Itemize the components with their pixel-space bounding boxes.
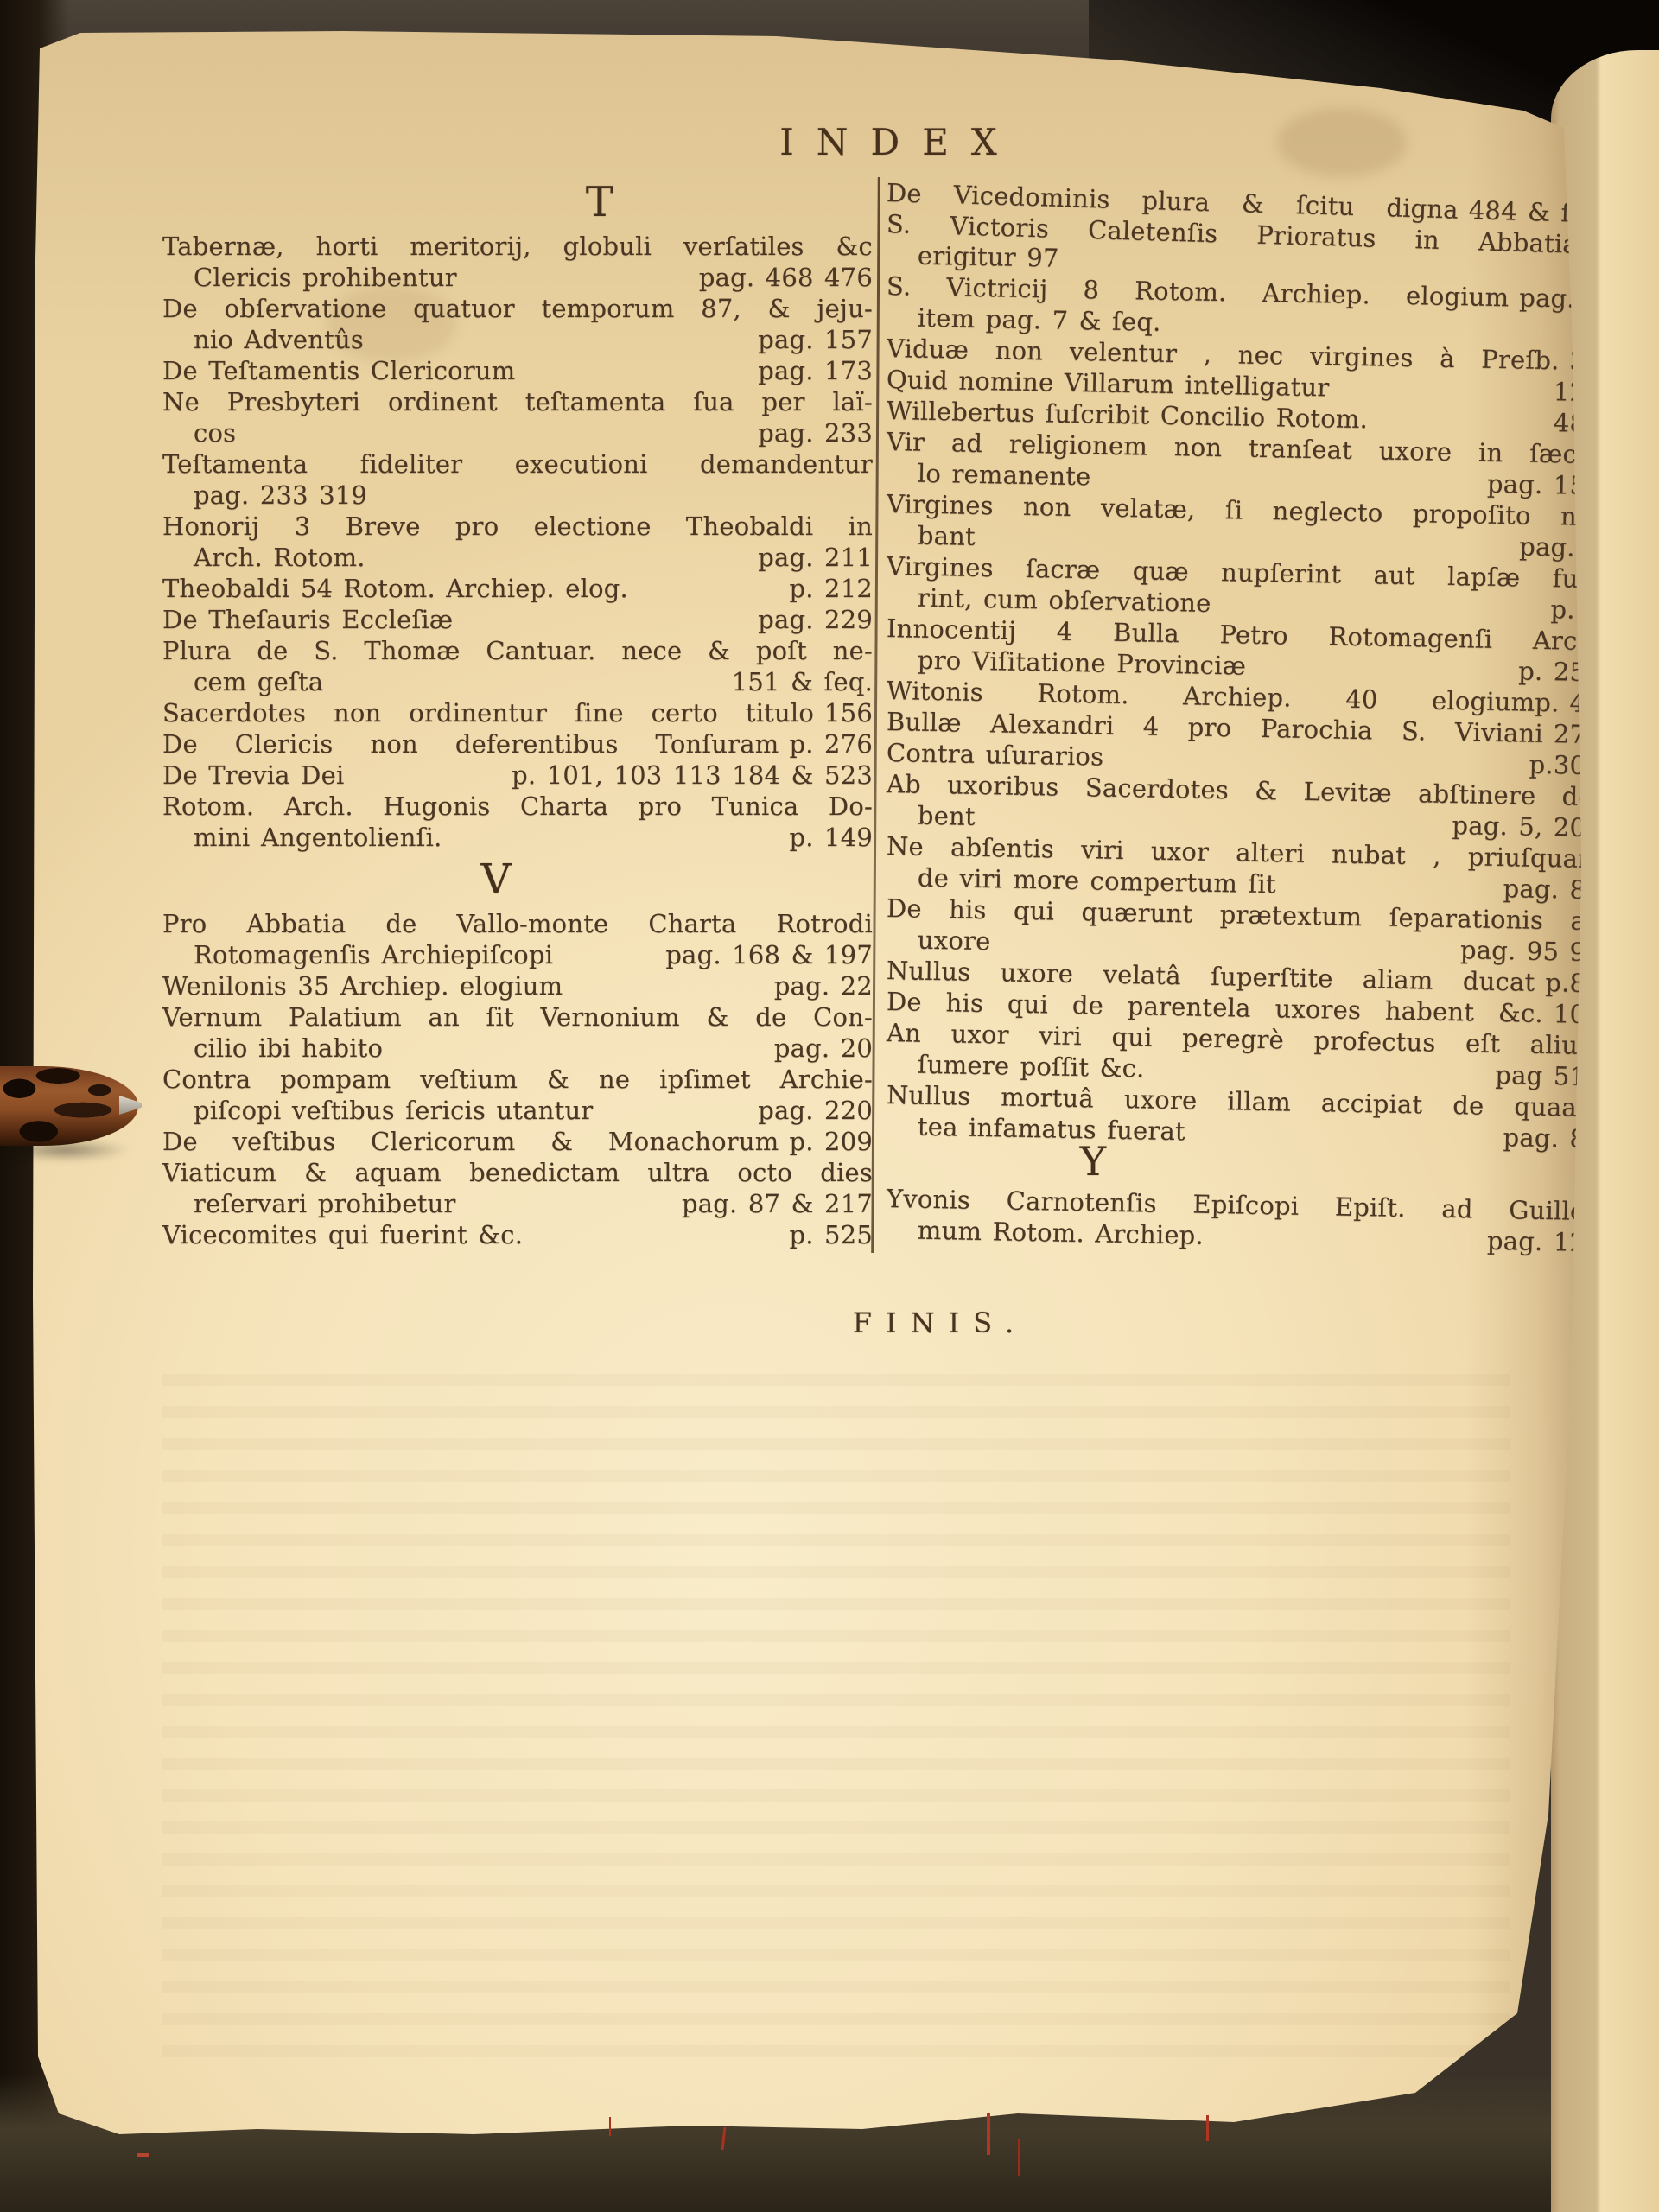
red-edge-fleck — [1018, 2139, 1020, 2176]
index-entry-line: mini Angentolienſi.p. 149 — [162, 822, 873, 853]
index-entry-line: De Clericis non deferentibus Tonſuramp. … — [162, 728, 873, 760]
index-entry-line: Rotom. Arch. Hugonis Charta pro Tunica D… — [162, 791, 873, 822]
paper-stain — [1277, 108, 1407, 177]
index-column-left: TTabernæ, horti meritorij, globuli verſa… — [162, 175, 873, 1250]
red-edge-fleck — [609, 2117, 611, 2136]
index-entry-line: Teſtamenta fideliter executioni demanden… — [162, 448, 873, 480]
section-header-V: V — [162, 853, 873, 908]
section-header-T: T — [162, 175, 873, 231]
red-edge-fleck — [1206, 2115, 1209, 2141]
index-entry-line: De veſtibus Clericorum & Monachorump. 20… — [162, 1126, 873, 1157]
index-entry-line: Contra pompam veſtium & ne ipſimet Archi… — [162, 1064, 873, 1095]
index-entry-line: Honorij 3 Breve pro electione Theobaldi … — [162, 511, 873, 542]
index-entry-line: Plura de S. Thomæ Cantuar. nece & poſt n… — [162, 635, 873, 666]
page-title: INDEX — [690, 121, 1087, 163]
index-entry-line: Sacerdotes non ordinentur ſine certo tit… — [162, 697, 873, 728]
index-column-right: De Vicedominis plura & ſcitu digna484 & … — [887, 177, 1602, 1245]
index-entry-line: reſervari prohibeturpag. 87 & 217 — [162, 1188, 873, 1219]
red-edge-fleck — [987, 2113, 990, 2155]
index-entry-line: cilio ibi habitopag. 20 — [162, 1033, 873, 1064]
index-entry-line: pag. 233 319 — [162, 480, 873, 511]
index-entry-line: Viaticum & aquam benedictam ultra octo d… — [162, 1157, 873, 1188]
index-entry-line: cem geſta151 & ſeq. — [162, 666, 873, 697]
index-entry-line: Theobaldi 54 Rotom. Archiep. elog.p. 212 — [162, 573, 873, 604]
ink-bleed-through — [162, 1374, 1510, 2065]
index-entry-line: cospag. 233 — [162, 417, 873, 448]
index-entry-line: piſcopi veſtibus ſericis utanturpag. 220 — [162, 1095, 873, 1126]
index-entry-line: De obſervatione quatuor temporum 87, & j… — [162, 293, 873, 324]
index-entry-line: Vernum Palatium an ſit Vernonium & de Co… — [162, 1001, 873, 1033]
index-entry-line: Wenilonis 35 Archiep. elogiumpag. 22 — [162, 970, 873, 1001]
photo-of-open-book: { "title": "INDEX", "finis": "FINIS.", "… — [0, 0, 1659, 2212]
index-entry-line: Arch. Rotom.pag. 211 — [162, 542, 873, 573]
book-page: INDEX TTabernæ, horti meritorij, globuli… — [33, 26, 1581, 2139]
index-entry-line: De Teſtamentis Clericorumpag. 173 — [162, 355, 873, 386]
red-edge-fleck — [137, 2153, 149, 2157]
finis-label: FINIS. — [793, 1306, 1087, 1339]
index-entry-line: Rotomagenſis Archiepiſcopipag. 168 & 197 — [162, 939, 873, 970]
index-entry-line: Clericis prohibenturpag. 468 476 — [162, 262, 873, 293]
index-entry-line: Tabernæ, horti meritorij, globuli verſat… — [162, 231, 873, 262]
index-entry-line: Ne Presbyteri ordinent teſtamenta ſua pe… — [162, 386, 873, 417]
index-entry-line: Vicecomites qui fuerint &c.p. 525 — [162, 1219, 873, 1250]
index-entry-line: Pro Abbatia de Vallo-monte Charta Rotrod… — [162, 908, 873, 939]
index-entry-line: nio Adventûspag. 157 — [162, 324, 873, 355]
index-entry-line: De Theſauris Eccleſiæpag. 229 — [162, 604, 873, 635]
index-entry-line: De Trevia Deip. 101, 103 113 184 & 523 — [162, 760, 873, 791]
